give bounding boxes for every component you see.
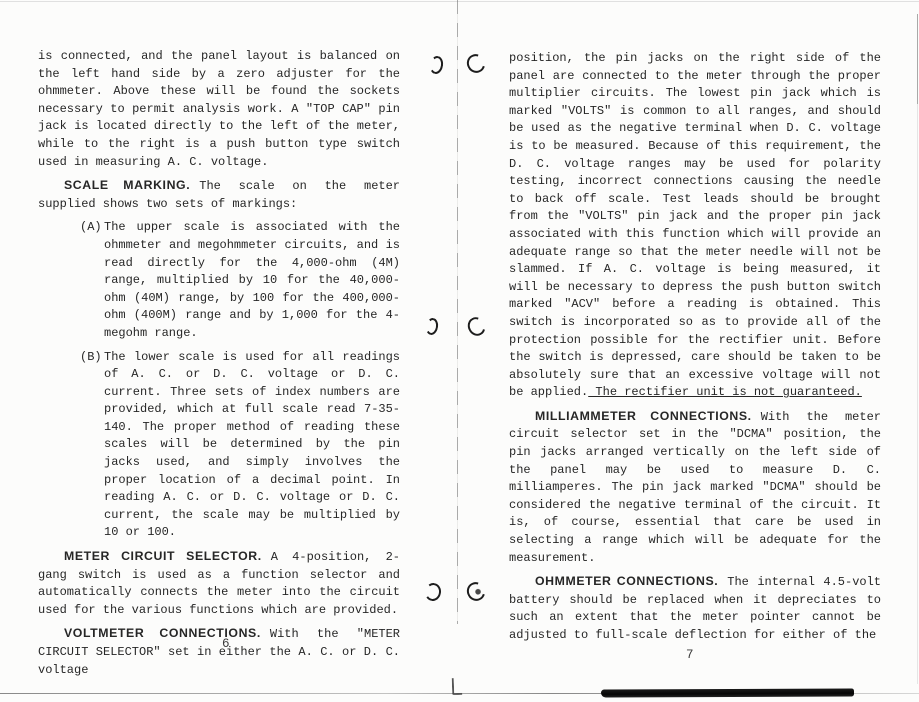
page-6-text-column: is connected, and the panel layout is ba…	[38, 48, 400, 685]
paragraph: is connected, and the panel layout is ba…	[38, 48, 400, 171]
paragraph-text: position, the pin jacks on the right sid…	[509, 51, 881, 399]
right-edge-scan-line-faint	[917, 104, 918, 684]
page-number-left: 6	[222, 637, 230, 651]
right-edge-scan-line	[917, 14, 918, 104]
punch-hole-crescent-icon	[425, 317, 440, 336]
section-heading: MILLIAMMETER CONNECTIONS.	[535, 409, 752, 423]
paragraph: SCALE MARKING.The scale on the meter sup…	[38, 177, 400, 213]
paragraph-text: The upper scale is associated with the o…	[104, 220, 400, 340]
page-7-text-column: position, the pin jacks on the right sid…	[509, 50, 881, 651]
section-heading: VOLTMETER CONNECTIONS.	[64, 626, 261, 640]
paragraph-text: With the meter circuit selector set in t…	[509, 410, 881, 565]
list-item: (A)The upper scale is associated with th…	[38, 219, 400, 342]
paragraph: VOLTMETER CONNECTIONS.With the "METER CI…	[38, 625, 400, 679]
top-scan-hairline	[0, 1, 919, 2]
punch-hole-crescent-icon	[424, 582, 443, 603]
list-item-label: (A)	[80, 219, 102, 237]
underlined-sentence: The rectifier unit is not guaranteed.	[588, 385, 862, 399]
section-heading: METER CIRCUIT SELECTOR.	[64, 549, 262, 563]
punch-hole-crescent-icon	[464, 51, 489, 76]
paragraph-text: is connected, and the panel layout is ba…	[38, 49, 400, 169]
punch-hole-crescent-icon	[464, 579, 489, 604]
punch-hole-crescent-icon	[429, 55, 445, 75]
paragraph-text: The lower scale is used for all readings…	[104, 350, 400, 540]
page-fold-line	[457, 0, 458, 624]
bottom-scan-blob	[601, 688, 854, 697]
scanned-manual-spread: is connected, and the panel layout is ba…	[0, 0, 919, 702]
list-item-label: (B)	[80, 349, 102, 367]
list-item: (B)The lower scale is used for all readi…	[38, 349, 400, 543]
section-heading: SCALE MARKING.	[64, 178, 190, 192]
punch-hole-crescent-icon	[465, 314, 489, 339]
paragraph: OHMMETER CONNECTIONS.The internal 4.5-vo…	[509, 573, 881, 644]
section-heading: OHMMETER CONNECTIONS.	[535, 574, 718, 588]
page-number-right: 7	[686, 648, 694, 662]
paragraph: MILLIAMMETER CONNECTIONS.With the meter …	[509, 408, 881, 567]
paragraph: METER CIRCUIT SELECTOR.A 4-position, 2-g…	[38, 548, 400, 619]
paragraph: position, the pin jacks on the right sid…	[509, 50, 881, 402]
